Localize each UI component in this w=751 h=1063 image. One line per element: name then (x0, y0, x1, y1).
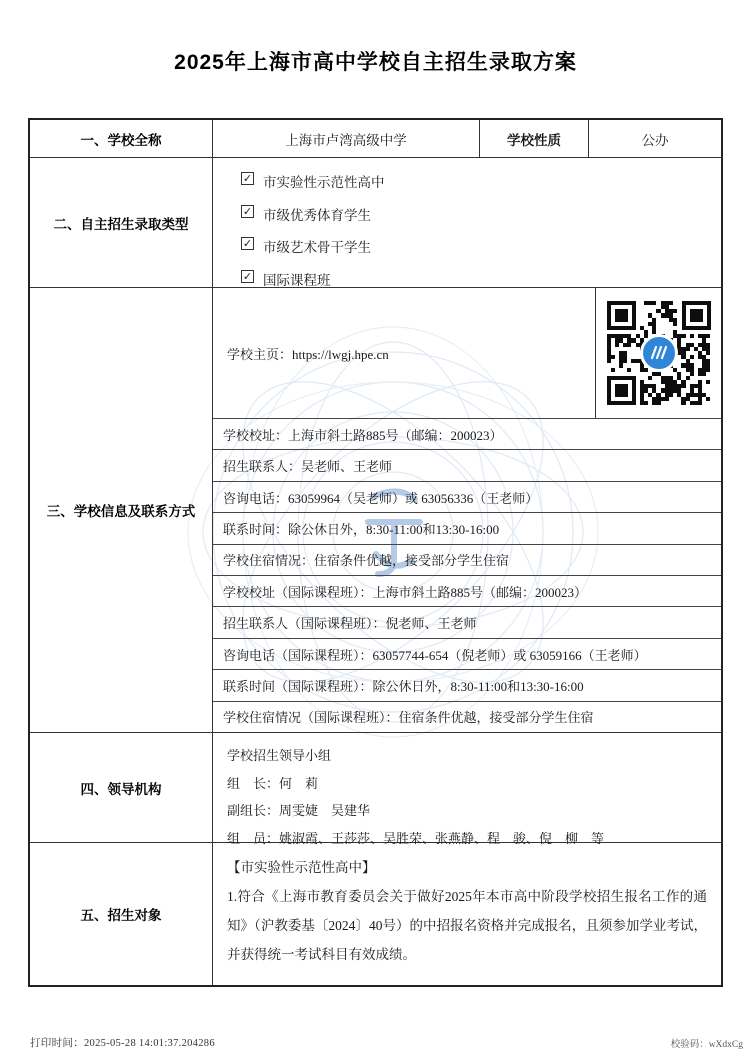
enrollment-type-option: ✓ 市级优秀体育学生 (241, 204, 721, 237)
leadership-line: 组 长：何 莉 (227, 770, 721, 798)
row-leadership: 四、领导机构 学校招生领导小组 组 长：何 莉 副组长：周雯婕 吴建华 组 员：… (30, 732, 721, 842)
enrollment-type-option: ✓ 市实验性示范性高中 (241, 171, 721, 204)
target-students-label: 五、招生对象 (30, 843, 213, 985)
info-row: 咨询电话：63059964（吴老师）或 63056336（王老师） (213, 481, 721, 512)
target-text: 1.符合《上海市教育委员会关于做好2025年本市高中阶段学校招生报名工作的通知》… (227, 882, 707, 969)
option-label: 市级优秀体育学生 (263, 204, 371, 224)
enrollment-types-label: 二、自主招生录取类型 (30, 158, 213, 287)
homepage-cell: 学校主页：https://lwgj.hpe.cn (213, 288, 596, 418)
row-enrollment-types: 二、自主招生录取类型 ✓ 市实验性示范性高中 ✓ 市级优秀体育学生 ✓ 市级艺术… (30, 157, 721, 287)
row-target-students: 五、招生对象 【市实验性示范性高中】 1.符合《上海市教育委员会关于做好2025… (30, 842, 721, 985)
row-school-info: 三、学校信息及联系方式 学校主页：https://lwgj.hpe.cn (30, 287, 721, 732)
info-row: 招生联系人：吴老师、王老师 (213, 449, 721, 480)
admission-table: 一、学校全称 上海市卢湾高级中学 学校性质 公办 二、自主招生录取类型 ✓ 市实… (28, 118, 723, 987)
qr-finder-icon (607, 301, 636, 330)
school-nature-label: 学校性质 (480, 120, 589, 157)
checkbox-checked-icon: ✓ (241, 205, 254, 218)
checkbox-checked-icon: ✓ (241, 237, 254, 250)
page-title: 2025年上海市高中学校自主招生录取方案 (0, 46, 751, 76)
target-heading: 【市实验性示范性高中】 (227, 853, 707, 882)
row-school-name: 一、学校全称 上海市卢湾高级中学 学校性质 公办 (30, 120, 721, 157)
qr-center-logo-icon (640, 334, 678, 372)
info-row: 联系时间：除公休日外，8:30-11:00和13:30-16:00 (213, 512, 721, 543)
qr-finder-icon (682, 301, 711, 330)
info-row: 学校住宿情况（国际课程班）：住宿条件优越，接受部分学生住宿 (213, 701, 721, 732)
checkbox-checked-icon: ✓ (241, 172, 254, 185)
qr-finder-icon (607, 376, 636, 405)
option-label: 市级艺术骨干学生 (263, 236, 371, 256)
info-row: 联系时间（国际课程班）：除公休日外，8:30-11:00和13:30-16:00 (213, 669, 721, 700)
info-row: 咨询电话（国际课程班）：63057744-654（倪老师）或 63059166（… (213, 638, 721, 669)
school-name-label: 一、学校全称 (30, 120, 213, 157)
option-label: 国际课程班 (263, 269, 331, 289)
info-row: 招生联系人（国际课程班）：倪老师、王老师 (213, 606, 721, 637)
info-row: 学校校址（国际课程班）：上海市斜土路885号（邮编：200023） (213, 575, 721, 606)
enrollment-type-option: ✓ 市级艺术骨干学生 (241, 236, 721, 269)
info-row: 学校校址：上海市斜土路885号（邮编：200023） (213, 418, 721, 449)
qr-code (603, 297, 715, 409)
leadership-line: 副组长：周雯婕 吴建华 (227, 797, 721, 825)
option-label: 市实验性示范性高中 (263, 171, 385, 191)
school-info-label: 三、学校信息及联系方式 (30, 288, 213, 732)
school-nature-value: 公办 (589, 120, 721, 157)
footer-checksum: 校验码：wXdxCg (671, 1036, 743, 1050)
document-page: 2025年上海市高中学校自主招生录取方案 (0, 0, 751, 1063)
info-row: 学校住宿情况：住宿条件优越，接受部分学生住宿 (213, 544, 721, 575)
footer-print-time: 打印时间：2025-05-28 14:01:37.204286 (30, 1035, 215, 1050)
leadership-label: 四、领导机构 (30, 733, 213, 842)
school-name-value: 上海市卢湾高级中学 (213, 120, 480, 157)
leadership-line: 学校招生领导小组 (227, 742, 721, 770)
checkbox-checked-icon: ✓ (241, 270, 254, 283)
